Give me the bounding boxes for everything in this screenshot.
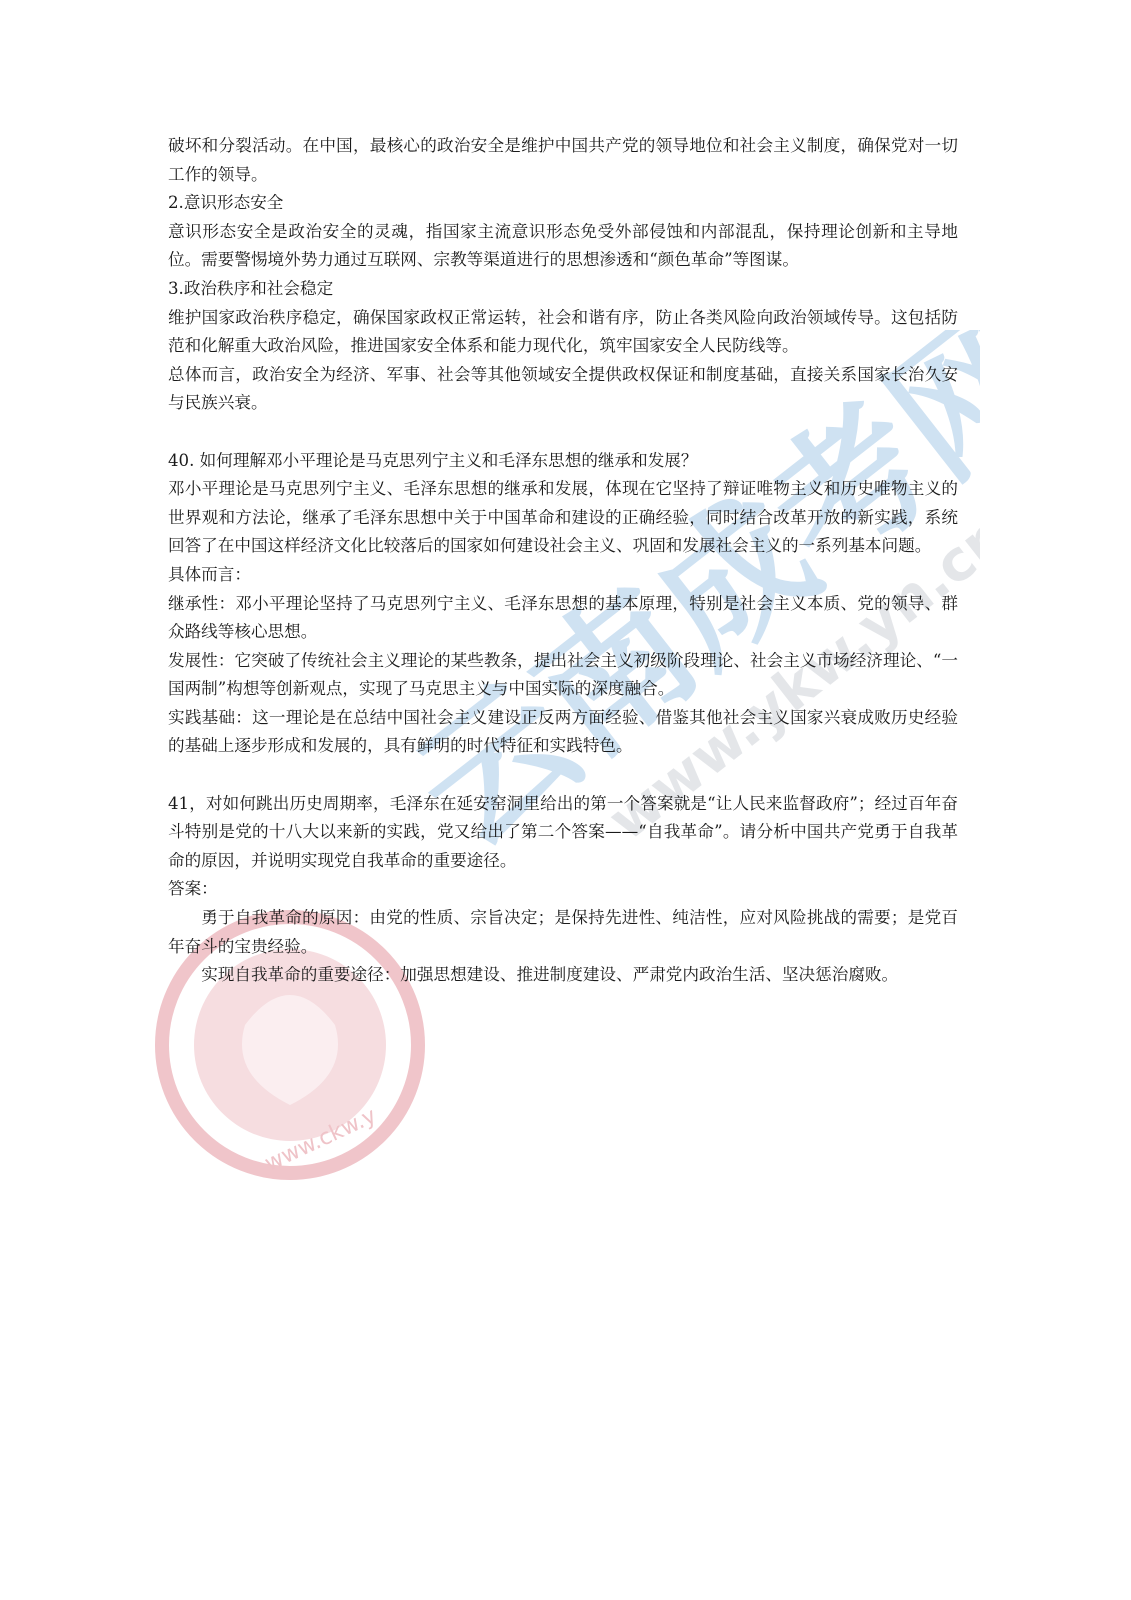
answer-41-label: 答案： [168, 875, 958, 904]
heading-ideological-security: 2.意识形态安全 [168, 189, 958, 218]
question-40: 40. 如何理解邓小平理论是马克思列宁主义和毛泽东思想的继承和发展？ [168, 447, 958, 476]
answer-41-approaches: 实现自我革命的重要途径：加强思想建设、推进制度建设、严肃党内政治生活、坚决惩治腐… [168, 961, 958, 990]
paragraph-summary: 总体而言，政治安全为经济、军事、社会等其他领域安全提供政权保证和制度基础，直接关… [168, 361, 958, 418]
spacer [168, 418, 958, 447]
answer-40-inheritance: 继承性：邓小平理论坚持了马克思列宁主义、毛泽东思想的基本原理，特别是社会主义本质… [168, 590, 958, 647]
answer-40-specifics-label: 具体而言： [168, 561, 958, 590]
spacer [168, 761, 958, 790]
paragraph-political-security-core: 破坏和分裂活动。在中国，最核心的政治安全是维护中国共产党的领导地位和社会主义制度… [168, 132, 958, 189]
document-body: 破坏和分裂活动。在中国，最核心的政治安全是维护中国共产党的领导地位和社会主义制度… [168, 132, 958, 990]
document-page: 云南成考网 www.ykw.yn.cn www.ckw.y 破坏和分裂活动。在中… [0, 0, 1131, 1600]
watermark-red-url: www.ckw.y [261, 1103, 380, 1176]
answer-40-practice: 实践基础：这一理论是在总结中国社会主义建设正反两方面经验、借鉴其他社会主义国家兴… [168, 704, 958, 761]
answer-40-development: 发展性：它突破了传统社会主义理论的某些教条，提出社会主义初级阶段理论、社会主义市… [168, 647, 958, 704]
answer-40-intro: 邓小平理论是马克思列宁主义、毛泽东思想的继承和发展，体现在它坚持了辩证唯物主义和… [168, 475, 958, 561]
paragraph-political-order: 维护国家政治秩序稳定，确保国家政权正常运转，社会和谐有序，防止各类风险向政治领域… [168, 304, 958, 361]
paragraph-ideological-security: 意识形态安全是政治安全的灵魂，指国家主流意识形态免受外部侵蚀和内部混乱，保持理论… [168, 218, 958, 275]
heading-political-order: 3.政治秩序和社会稳定 [168, 275, 958, 304]
answer-41-reasons: 勇于自我革命的原因：由党的性质、宗旨决定；是保持先进性、纯洁性，应对风险挑战的需… [168, 904, 958, 961]
question-41: 41，对如何跳出历史周期率，毛泽东在延安窑洞里给出的第一个答案就是“让人民来监督… [168, 790, 958, 876]
